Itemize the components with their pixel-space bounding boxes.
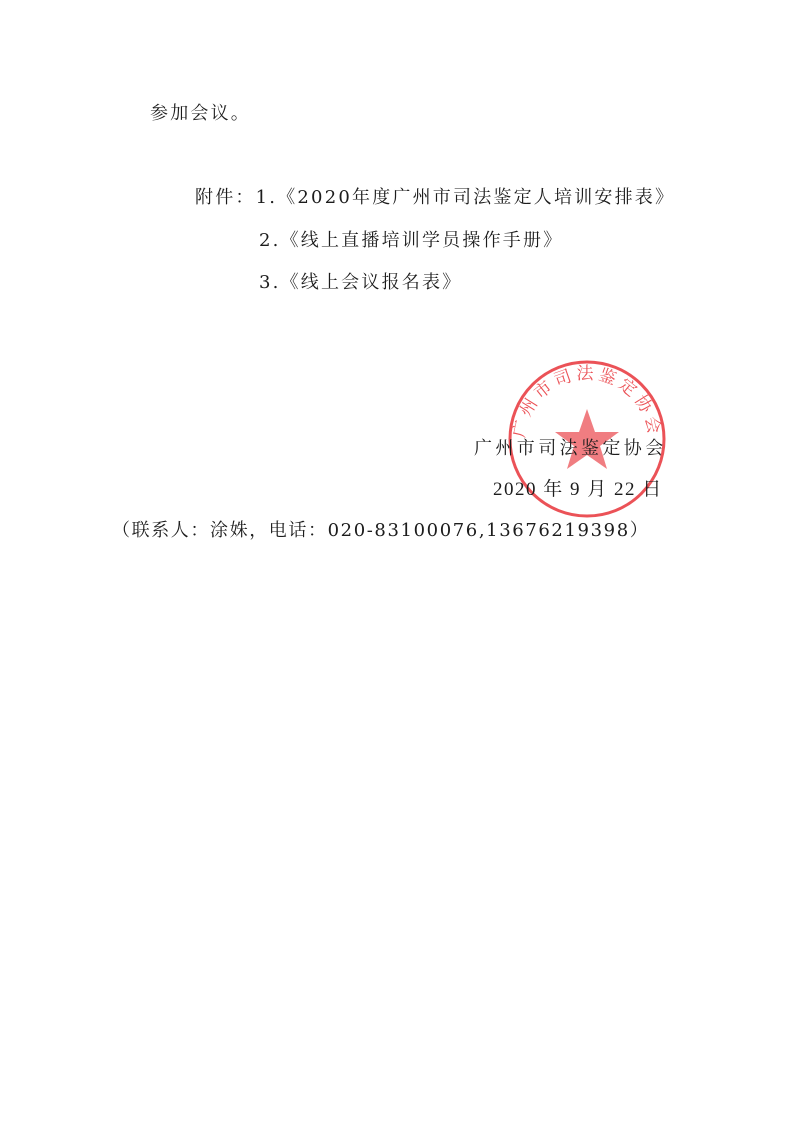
attachment-title: 《线上直播培训学员操作手册》 xyxy=(281,230,564,251)
signing-date: 2020 年 9 月 22 日 xyxy=(493,480,663,500)
attachment-index: 3. xyxy=(259,272,281,293)
attachment-item-3: 3.《线上会议报名表》 xyxy=(259,273,462,293)
contact-info: （联系人：涂姝，电话：020-83100076,13676219398） xyxy=(112,521,649,541)
closing-text: 参加会议。 xyxy=(150,104,251,124)
attachment-item-2: 2.《线上直播培训学员操作手册》 xyxy=(259,231,563,251)
attachment-title: 《线上会议报名表》 xyxy=(281,272,463,293)
attachment-index: 2. xyxy=(259,230,281,251)
attachment-index: 1. xyxy=(256,187,278,208)
attachment-item-1: 附件：1.《2020年度广州市司法鉴定人培训安排表》 xyxy=(195,188,675,208)
signing-organization: 广州市司法鉴定协会 xyxy=(474,439,667,459)
attachments-label: 附件： xyxy=(195,187,256,208)
attachment-title: 《2020年度广州市司法鉴定人培训安排表》 xyxy=(277,187,675,208)
